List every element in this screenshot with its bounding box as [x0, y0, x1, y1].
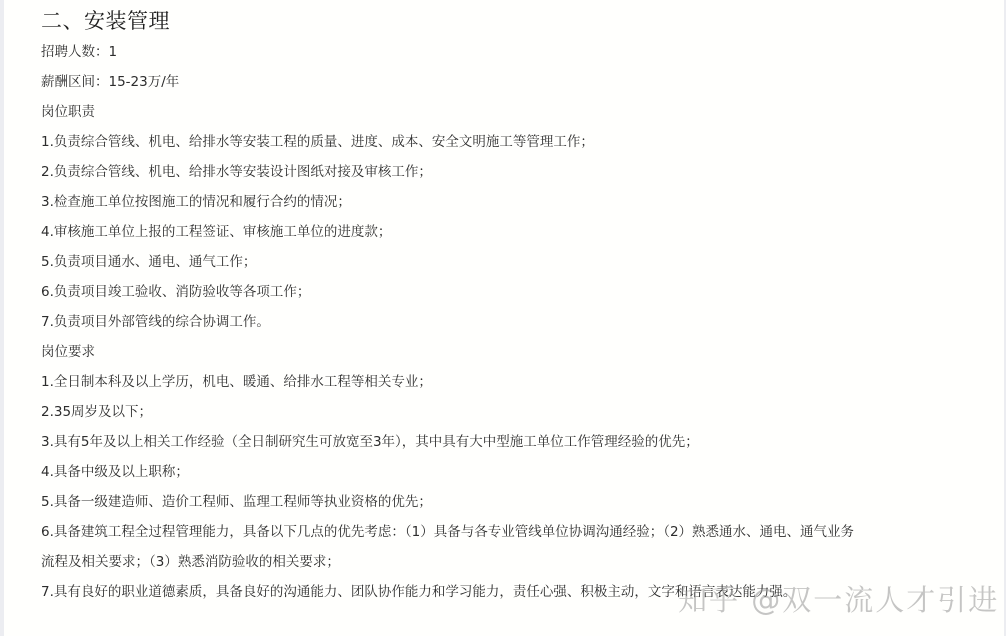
duty-item: 1.负责综合管线、机电、给排水等安装工程的质量、进度、成本、安全文明施工等管理工… — [41, 127, 971, 157]
duty-item: 7.负责项目外部管线的综合协调工作。 — [41, 307, 971, 337]
salary-text: 薪酬区间：15-23万/年 — [41, 67, 971, 97]
duty-item: 4.审核施工单位上报的工程签证、审核施工单位的进度款； — [41, 217, 971, 247]
requirement-item-continued: 流程及相关要求；（3）熟悉消防验收的相关要求； — [41, 547, 971, 577]
section-title: 二、安装管理 — [41, 6, 971, 36]
requirement-item: 2.35周岁及以下； — [41, 397, 971, 427]
duty-item: 5.负责项目通水、通电、通气工作； — [41, 247, 971, 277]
headcount-text: 招聘人数：1 — [41, 37, 971, 67]
requirements-heading: 岗位要求 — [41, 337, 971, 367]
duty-item: 6.负责项目竣工验收、消防验收等各项工作； — [41, 277, 971, 307]
requirement-item: 1.全日制本科及以上学历，机电、暖通、给排水工程等相关专业； — [41, 367, 971, 397]
duties-heading: 岗位职责 — [41, 97, 971, 127]
duty-item: 3.检查施工单位按图施工的情况和履行合约的情况； — [41, 187, 971, 217]
left-border — [0, 0, 4, 636]
requirement-item: 5.具备一级建造师、造价工程师、监理工程师等执业资格的优先； — [41, 487, 971, 517]
job-posting-section: 二、安装管理 招聘人数：1 薪酬区间：15-23万/年 岗位职责 1.负责综合管… — [41, 6, 971, 607]
requirement-item: 4.具备中级及以上职称； — [41, 457, 971, 487]
duty-item: 2.负责综合管线、机电、给排水等安装设计图纸对接及审核工作； — [41, 157, 971, 187]
requirement-item: 3.具有5年及以上相关工作经验（全日制研究生可放宽至3年），其中具有大中型施工单… — [41, 427, 971, 457]
requirement-item: 6.具备建筑工程全过程管理能力，具备以下几点的优先考虑：（1）具备与各专业管线单… — [41, 517, 971, 547]
requirement-item: 7.具有良好的职业道德素质，具备良好的沟通能力、团队协作能力和学习能力，责任心强… — [41, 577, 971, 607]
